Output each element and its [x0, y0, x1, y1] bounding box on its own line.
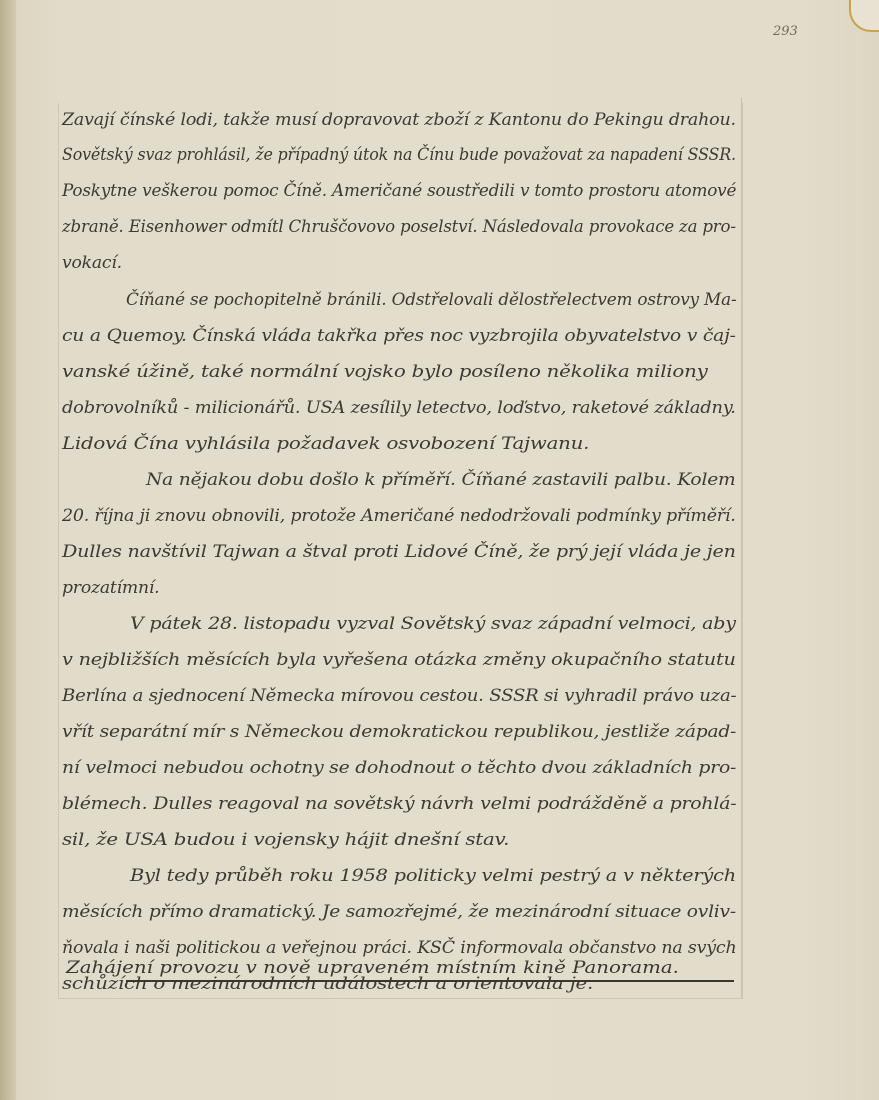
page-corner-curl: [849, 0, 879, 32]
text-line: ní velmoci nebudou ochotny se dohodnout …: [62, 758, 736, 778]
manuscript-page: 293 Zavají čínské lodi, takže musí dopra…: [0, 0, 879, 1100]
text-line: V pátek 28. listopadu vyzval Sovětský sv…: [130, 614, 736, 634]
page-number: 293: [773, 24, 798, 39]
text-line: Číňané se pochopitelně bránili. Odstřelo…: [126, 290, 736, 310]
text-line: Zavají čínské lodi, takže musí dopravova…: [62, 110, 736, 130]
text-line: v nejbližších měsících byla vyřešena otá…: [62, 650, 736, 670]
book-binding-edge: [0, 0, 16, 1100]
text-line: prozatímní.: [62, 578, 159, 598]
text-line: Byl tedy průběh roku 1958 politicky velm…: [130, 866, 736, 886]
margin-line: [741, 98, 742, 998]
text-line: blémech. Dulles reagoval na sovětský náv…: [62, 794, 736, 814]
text-line: 20. října ji znovu obnovili, protože Ame…: [62, 506, 736, 526]
text-line: ňovala i naši politickou a veřejnou prác…: [62, 938, 736, 958]
text-line: Berlína a sjednocení Německa mírovou ces…: [62, 686, 736, 706]
text-line: vřít separátní mír s Německou demokratic…: [62, 722, 736, 742]
text-line: Sovětský svaz prohlásil, že případný úto…: [62, 145, 736, 165]
text-line: měsících přímo dramatický. Je samozřejmé…: [62, 902, 736, 922]
text-line: vanské úžině, také normální vojsko bylo …: [62, 362, 708, 382]
text-line: vokací.: [62, 253, 122, 273]
text-line: Dulles navštívil Tajwan a štval proti Li…: [62, 542, 736, 562]
text-line: zbraně. Eisenhower odmítl Chruščovovo po…: [62, 217, 736, 237]
text-line: Poskytne veškerou pomoc Číně. Američané …: [62, 181, 736, 201]
text-line: cu a Quemoy. Čínská vláda takřka přes no…: [62, 326, 736, 346]
section-heading: Zahájení provozu v nově upraveném místní…: [66, 958, 679, 978]
text-line: Na nějakou dobu došlo k příměří. Číňané …: [146, 470, 736, 490]
text-line: sil, že USA budou i vojensky hájit dnešn…: [62, 830, 509, 850]
text-line: Lidová Čína vyhlásila požadavek osvoboze…: [62, 434, 589, 454]
text-line: dobrovolníků - milicionářů. USA zesílily…: [62, 398, 736, 418]
heading-underline: [126, 980, 734, 982]
